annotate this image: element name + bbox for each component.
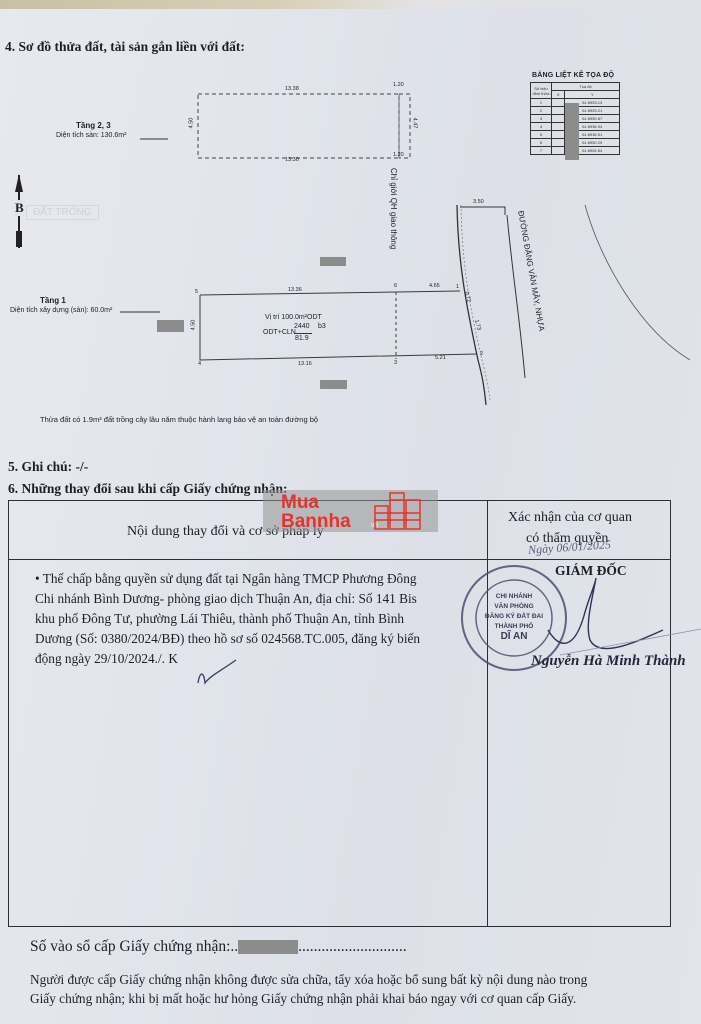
register-label: Số vào sổ cấp Giấy chứng nhận:.. — [30, 938, 238, 955]
notice-line: Người được cấp Giấy chứng nhận không đượ… — [30, 970, 680, 989]
register-number-line: Số vào sổ cấp Giấy chứng nhận:..........… — [30, 938, 407, 956]
notice-text: Người được cấp Giấy chứng nhận không đượ… — [30, 970, 680, 1008]
notice-line: Giấy chứng nhận; khi bị mất hoặc hư hỏng… — [30, 989, 680, 1008]
register-dots: ............................ — [298, 938, 407, 955]
signer-name: Nguyễn Hà Minh Thành — [531, 653, 686, 670]
redacted-register-number — [238, 940, 298, 954]
signature-icon — [0, 0, 701, 1024]
